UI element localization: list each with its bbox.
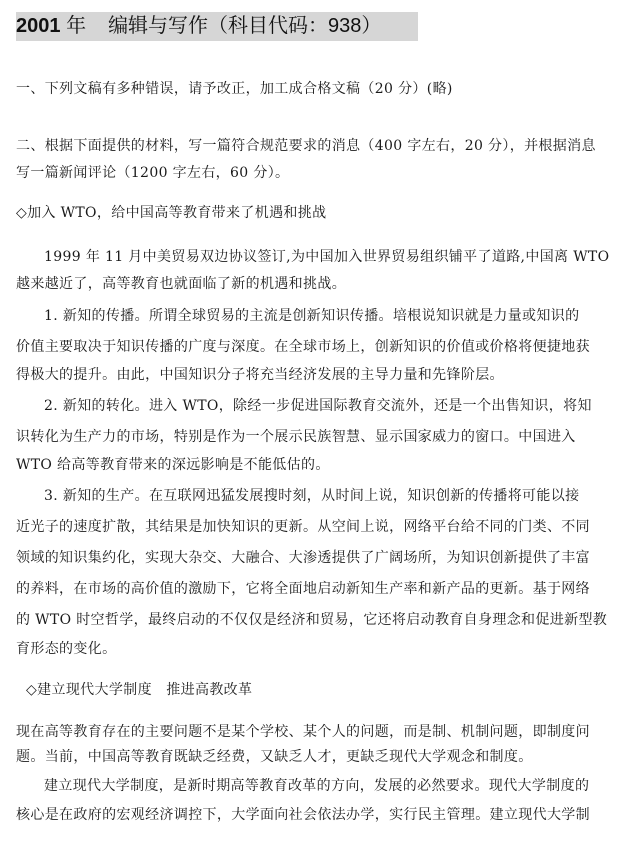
question-2-line-1: 二、根据下面提供的材料，写一篇符合规范要求的消息（400 字左右，20 分），并…	[16, 136, 612, 156]
body-line: 近光子的速度扩散，其结果是加快知识的更新。从空间上说，网络平台给不同的门类、不同	[16, 517, 612, 537]
body-line: 得极大的提升。由此，中国知识分子将充当经济发展的主导力量和先锋阶层。	[16, 365, 612, 385]
body-line: 1. 新知的传播。所谓全球贸易的主流是创新知识传播。培根说知识就是力量或知识的	[44, 306, 612, 326]
body-line: 越来越近了，高等教育也就面临了新的机遇和挑战。	[16, 274, 612, 294]
body-line: 核心是在政府的宏观经济调控下，大学面向社会依法办学，实行民主管理。建立现代大学制	[16, 805, 612, 825]
body-line: 育形态的变化。	[16, 639, 612, 659]
title-year-suffix: 年	[66, 15, 86, 37]
body-line: 2. 新知的转化。进入 WTO，除经一步促进国际教育交流外，还是一个出售知识，将…	[44, 396, 612, 416]
body-line: 的养料，在市场的高价值的激励下，它将全面地启动新知生产率和新产品的更新。基于网络	[16, 579, 612, 599]
body-line: 领域的知识集约化，实现大杂交、大融合、大渗透提供了广阔场所，为知识创新提供了丰富	[16, 548, 612, 568]
body-line: 1999 年 11 月中美贸易双边协议签订,为中国加入世界贸易组织铺平了道路,中…	[44, 247, 612, 267]
body-line: 现在高等教育存在的主要问题不是某个学校、某个人的问题，而是制、机制问题，即制度问	[16, 722, 612, 742]
document-title: 2001 年编辑与写作（科目代码：938）	[16, 12, 418, 41]
body-line: 识转化为生产力的市场，特别是作为一个展示民族智慧、显示国家威力的窗口。中国进入	[16, 427, 612, 447]
body-line: 价值主要取决于知识传播的广度与深度。在全球市场上，创新知识的价值或价格将便捷地获	[16, 337, 612, 357]
title-year: 2001	[16, 15, 61, 37]
section-2-heading: ◇建立现代大学制度 推进高教改革	[26, 680, 622, 700]
body-line: 3. 新知的生产。在互联网迅猛发展搜时刻，从时间上说，知识创新的传播将可能以接	[44, 486, 612, 506]
question-1: 一、下列文稿有多种错误，请予改正，加工成合格文稿（20 分）(略)	[16, 79, 612, 99]
body-line: 题。当前，中国高等教育既缺乏经费，又缺乏人才，更缺乏现代大学观念和制度。	[16, 747, 612, 767]
title-subject: 编辑与写作（科目代码：938）	[108, 15, 381, 37]
question-2-line-2: 写一篇新闻评论（1200 字左右，60 分）。	[16, 163, 612, 183]
body-line: 的 WTO 时空哲学，最终启动的不仅仅是经济和贸易，它还将启动教育自身理念和促进…	[16, 610, 612, 630]
body-line: 建立现代大学制度，是新时期高等教育改革的方向，发展的必然要求。现代大学制度的	[44, 776, 612, 796]
body-line: WTO 给高等教育带来的深远影响是不能低估的。	[16, 455, 612, 475]
section-1-heading: ◇加入 WTO，给中国高等教育带来了机遇和挑战	[16, 203, 612, 223]
